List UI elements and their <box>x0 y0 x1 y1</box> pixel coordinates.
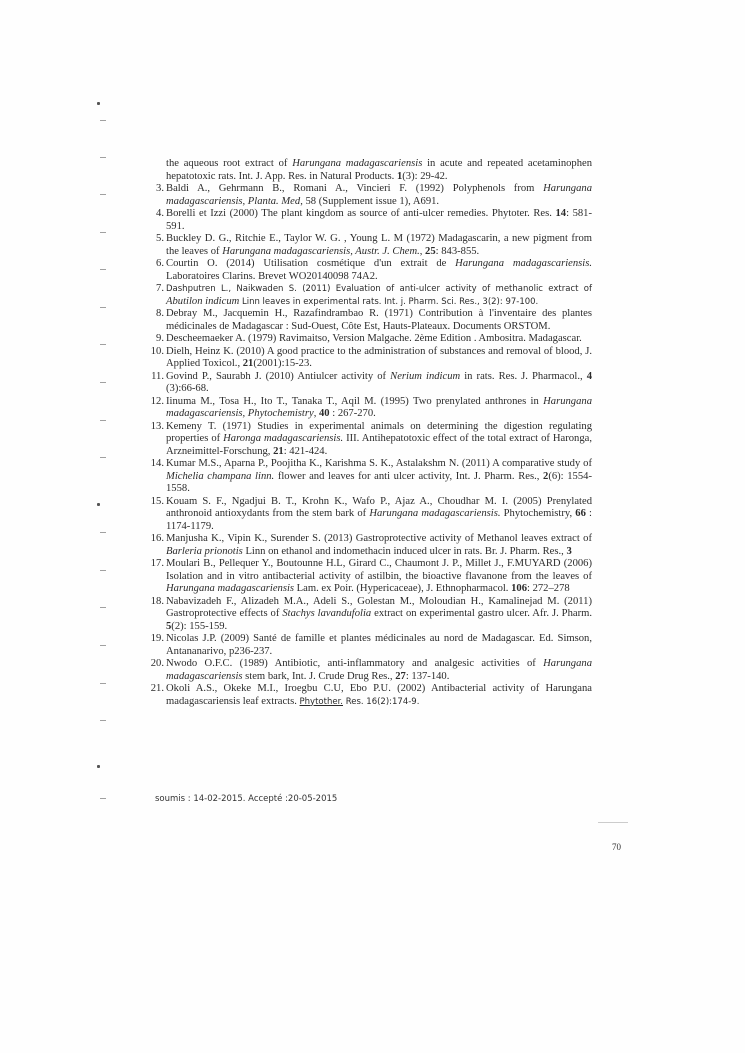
reference-number: 7. <box>146 283 164 296</box>
reference-text: Okoli A.S., Okeke M.I., Iroegbu C.U, Ebo… <box>166 683 592 707</box>
reference-text: Debray M., Jacquemin H., Razafindrambao … <box>166 308 592 332</box>
reference-item: 17.Moulari B., Pellequer Y., Boutounne H… <box>146 558 592 596</box>
reference-number: 17. <box>146 558 164 571</box>
reference-text: Manjusha K., Vipin K., Surender S. (2013… <box>166 533 592 557</box>
reference-text: the aqueous root extract of Harungana ma… <box>166 158 592 182</box>
reference-item: 18.Nabavizadeh F., Alizadeh M.A., Adeli … <box>146 596 592 634</box>
reference-number: 15. <box>146 496 164 509</box>
margin-mark <box>100 382 106 383</box>
reference-item: 9.Descheemaeker A. (1979) Ravimaitso, Ve… <box>146 333 592 346</box>
reference-number: 13. <box>146 421 164 434</box>
margin-mark <box>97 102 100 105</box>
reference-item: 3.Baldi A., Gehrmann B., Romani A., Vinc… <box>146 183 592 208</box>
reference-text: Govind P., Saurabh J. (2010) Antiulcer a… <box>166 371 592 395</box>
reference-item: 16.Manjusha K., Vipin K., Surender S. (2… <box>146 533 592 558</box>
reference-text: Moulari B., Pellequer Y., Boutounne H.L,… <box>166 558 592 594</box>
reference-text: Descheemaeker A. (1979) Ravimaitso, Vers… <box>166 333 582 344</box>
reference-number: 8. <box>146 308 164 321</box>
margin-mark <box>97 765 100 768</box>
reference-text: Baldi A., Gehrmann B., Romani A., Vincie… <box>166 183 592 207</box>
reference-number: 11. <box>146 371 164 384</box>
reference-number: 16. <box>146 533 164 546</box>
margin-mark <box>100 607 106 608</box>
reference-item: 15.Kouam S. F., Ngadjui B. T., Krohn K.,… <box>146 496 592 534</box>
margin-mark <box>100 120 106 121</box>
reference-item: 12.Iinuma M., Tosa H., Ito T., Tanaka T.… <box>146 396 592 421</box>
reference-text: Borelli et Izzi (2000) The plant kingdom… <box>166 208 592 232</box>
reference-list: the aqueous root extract of Harungana ma… <box>146 158 592 708</box>
submission-dates: soumis : 14-02-2015. Accepté :20-05-2015 <box>155 794 337 804</box>
reference-item: 19.Nicolas J.P. (2009) Santé de famille … <box>146 633 592 658</box>
scanned-page: the aqueous root extract of Harungana ma… <box>0 0 745 1053</box>
page-number: 70 <box>612 842 621 852</box>
reference-item: 7.Dashputren L., Naikwaden S. (2011) Eva… <box>146 283 592 308</box>
margin-mark <box>100 269 106 270</box>
reference-number: 12. <box>146 396 164 409</box>
reference-item: 13.Kemeny T. (1971) Studies in experimen… <box>146 421 592 459</box>
reference-item: 20.Nwodo O.F.C. (1989) Antibiotic, anti-… <box>146 658 592 683</box>
reference-item: 8.Debray M., Jacquemin H., Razafindramba… <box>146 308 592 333</box>
reference-text: Buckley D. G., Ritchie E., Taylor W. G. … <box>166 233 592 257</box>
reference-number: 10. <box>146 346 164 359</box>
reference-text: Dashputren L., Naikwaden S. (2011) Evalu… <box>166 283 592 307</box>
margin-mark <box>100 798 106 799</box>
reference-item: 21.Okoli A.S., Okeke M.I., Iroegbu C.U, … <box>146 683 592 708</box>
reference-item: 6.Courtin O. (2014) Utilisation cosmétiq… <box>146 258 592 283</box>
reference-text: Courtin O. (2014) Utilisation cosmétique… <box>166 258 592 282</box>
reference-text: Nwodo O.F.C. (1989) Antibiotic, anti-inf… <box>166 658 592 682</box>
reference-number: 9. <box>146 333 164 346</box>
divider <box>598 822 628 823</box>
margin-mark <box>100 344 106 345</box>
reference-number: 20. <box>146 658 164 671</box>
reference-text: Kemeny T. (1971) Studies in experimental… <box>166 421 592 457</box>
reference-item: 4.Borelli et Izzi (2000) The plant kingd… <box>146 208 592 233</box>
reference-number: 3. <box>146 183 164 196</box>
reference-number: 6. <box>146 258 164 271</box>
reference-number: 14. <box>146 458 164 471</box>
margin-mark <box>100 307 106 308</box>
reference-text: Kouam S. F., Ngadjui B. T., Krohn K., Wa… <box>166 496 592 532</box>
margin-mark <box>100 157 106 158</box>
reference-item: 5.Buckley D. G., Ritchie E., Taylor W. G… <box>146 233 592 258</box>
margin-mark <box>100 720 106 721</box>
margin-mark <box>100 194 106 195</box>
margin-mark <box>100 645 106 646</box>
reference-number: 19. <box>146 633 164 646</box>
margin-mark <box>100 232 106 233</box>
reference-number: 18. <box>146 596 164 609</box>
reference-text: Nicolas J.P. (2009) Santé de famille et … <box>166 633 592 657</box>
margin-mark <box>100 420 106 421</box>
reference-item: 10.Dielh, Heinz K. (2010) A good practic… <box>146 346 592 371</box>
reference-text: Dielh, Heinz K. (2010) A good practice t… <box>166 346 592 370</box>
reference-item: the aqueous root extract of Harungana ma… <box>146 158 592 183</box>
margin-mark <box>100 457 106 458</box>
margin-mark <box>100 683 106 684</box>
reference-text: Iinuma M., Tosa H., Ito T., Tanaka T., A… <box>166 396 592 420</box>
reference-item: 11.Govind P., Saurabh J. (2010) Antiulce… <box>146 371 592 396</box>
reference-text: Kumar M.S., Aparna P., Poojitha K., Kari… <box>166 458 592 494</box>
margin-mark <box>100 532 106 533</box>
reference-number: 21. <box>146 683 164 696</box>
reference-number: 4. <box>146 208 164 221</box>
reference-number: 5. <box>146 233 164 246</box>
margin-mark <box>97 503 100 506</box>
reference-item: 14.Kumar M.S., Aparna P., Poojitha K., K… <box>146 458 592 496</box>
reference-text: Nabavizadeh F., Alizadeh M.A., Adeli S.,… <box>166 596 592 632</box>
margin-mark <box>100 570 106 571</box>
